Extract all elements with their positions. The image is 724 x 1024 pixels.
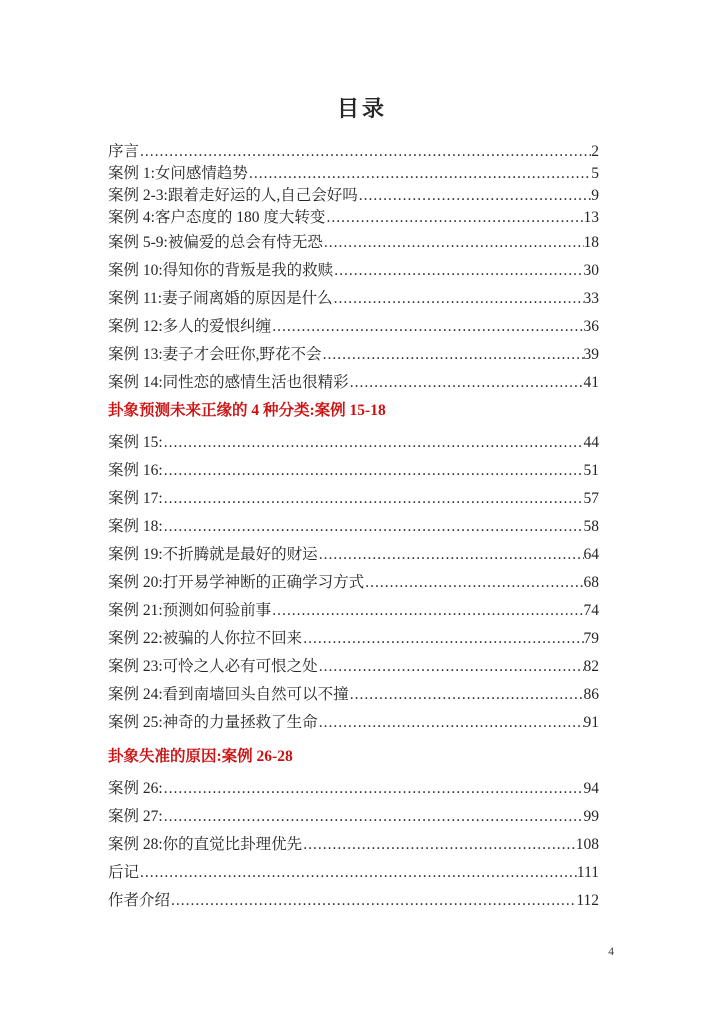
toc-entry-page: 39: [584, 341, 600, 369]
toc-entry[interactable]: 案例 17:57: [108, 485, 599, 513]
toc-entry[interactable]: 案例 21:预测如何验前事74: [108, 597, 599, 625]
toc-section-heading: 卦象失准的原因:案例 26-28: [108, 743, 599, 771]
toc-entry-page: 91: [584, 709, 600, 737]
dot-leader: [164, 457, 584, 485]
toc-entry-label: 案例 20:打开易学神断的正确学习方式: [108, 569, 365, 597]
dot-leader: [140, 859, 577, 887]
dot-leader: [350, 681, 584, 709]
toc-entry[interactable]: 案例 13:妻子才会旺你,野花不会39: [108, 341, 599, 369]
toc-entry[interactable]: 案例 10:得知你的背叛是我的救赎30: [108, 257, 599, 285]
dot-leader: [359, 185, 592, 207]
toc-entry-label: 案例 14:同性恋的感情生活也很精彩: [108, 369, 350, 397]
toc-entry-label: 案例 23:可怜之人必有可恨之处: [108, 653, 319, 681]
toc-entry-label: 案例 28:你的直觉比卦理优先: [108, 831, 303, 859]
dot-leader: [303, 625, 583, 653]
toc-entry[interactable]: 案例 19:不折腾就是最好的财运64: [108, 541, 599, 569]
toc-entry-label: 案例 24:看到南墙回头自然可以不撞: [108, 681, 350, 709]
toc-entry[interactable]: 案例 12:多人的爱恨纠缠36: [108, 313, 599, 341]
toc-entry-page: 44: [584, 429, 600, 457]
toc-entry-page: 74: [584, 597, 600, 625]
toc-entry-label: 案例 25:神奇的力量拯救了生命: [108, 709, 319, 737]
dot-leader: [323, 341, 584, 369]
toc-entry[interactable]: 案例 11:妻子闹离婚的原因是什么33: [108, 285, 599, 313]
toc-entry-page: 9: [591, 185, 599, 207]
dot-leader: [140, 141, 591, 163]
toc-entry[interactable]: 案例 4:客户态度的 180 度大转变13: [108, 207, 599, 229]
toc-entry[interactable]: 案例 27:99: [108, 803, 599, 831]
toc-entry-page: 51: [584, 457, 600, 485]
toc-entry-page: 94: [584, 775, 600, 803]
dot-leader: [365, 569, 583, 597]
toc-entry-page: 41: [584, 369, 600, 397]
toc-entry-page: 112: [576, 887, 599, 915]
toc-entry-page: 33: [584, 285, 600, 313]
toc-entry-label: 作者介绍: [108, 887, 171, 915]
toc-entry-page: 2: [591, 141, 599, 163]
dot-leader: [319, 541, 584, 569]
toc-entry-label: 案例 4:客户态度的 180 度大转变: [108, 207, 326, 229]
dot-leader: [164, 513, 584, 541]
toc-entry-page: 58: [584, 513, 600, 541]
dot-leader: [164, 429, 584, 457]
dot-leader: [334, 285, 584, 313]
toc-entry[interactable]: 案例 2-3:跟着走好运的人,自己会好吗9: [108, 185, 599, 207]
toc-entry[interactable]: 案例 22:被骗的人你拉不回来79: [108, 625, 599, 653]
toc-entry[interactable]: 案例 24:看到南墙回头自然可以不撞86: [108, 681, 599, 709]
dot-leader: [272, 313, 583, 341]
toc-entry-label: 案例 13:妻子才会旺你,野花不会: [108, 341, 323, 369]
toc-entry-page: 111: [577, 859, 599, 887]
toc-entry-page: 18: [584, 229, 600, 257]
toc-entry-page: 108: [576, 831, 599, 859]
toc-entry[interactable]: 案例 28:你的直觉比卦理优先108: [108, 831, 599, 859]
dot-leader: [324, 229, 584, 257]
toc-entry-label: 案例 18:: [108, 513, 164, 541]
toc-entry-label: 案例 5-9:被偏爱的总会有恃无恐: [108, 229, 324, 257]
toc-entry-label: 案例 2-3:跟着走好运的人,自己会好吗: [108, 185, 359, 207]
toc-entry-label: 案例 27:: [108, 803, 164, 831]
toc-entry-label: 案例 21:预测如何验前事: [108, 597, 272, 625]
dot-leader: [164, 775, 584, 803]
toc-entry[interactable]: 序言2: [108, 141, 599, 163]
toc-entry-label: 案例 11:妻子闹离婚的原因是什么: [108, 285, 334, 313]
toc-entry[interactable]: 后记111: [108, 859, 599, 887]
footer-page-number: 4: [608, 946, 614, 958]
toc-entry-label: 案例 22:被骗的人你拉不回来: [108, 625, 303, 653]
toc-entry-page: 30: [584, 257, 600, 285]
toc-entry[interactable]: 案例 14:同性恋的感情生活也很精彩41: [108, 369, 599, 397]
toc-entry[interactable]: 案例 23:可怜之人必有可恨之处82: [108, 653, 599, 681]
toc-entry-page: 36: [584, 313, 600, 341]
toc-entry-page: 57: [584, 485, 600, 513]
toc-entry-page: 82: [584, 653, 600, 681]
dot-leader: [303, 831, 576, 859]
toc-entry[interactable]: 案例 16:51: [108, 457, 599, 485]
toc-entry-label: 后记: [108, 859, 140, 887]
toc-entry-page: 64: [584, 541, 600, 569]
dot-leader: [350, 369, 584, 397]
toc-section-heading: 卦象预测未来正缘的 4 种分类:案例 15-18: [108, 397, 599, 425]
toc-entry-label: 案例 16:: [108, 457, 164, 485]
document-page: 目录 序言2案例 1:女问感情趋势5案例 2-3:跟着走好运的人,自己会好吗9案…: [0, 0, 724, 1024]
toc-entry-label: 案例 12:多人的爱恨纠缠: [108, 313, 272, 341]
table-of-contents: 序言2案例 1:女问感情趋势5案例 2-3:跟着走好运的人,自己会好吗9案例 4…: [108, 141, 599, 915]
dot-leader: [171, 887, 576, 915]
toc-entry-page: 13: [584, 207, 600, 229]
dot-leader: [249, 163, 591, 185]
toc-entry[interactable]: 案例 15:44: [108, 429, 599, 457]
toc-entry-label: 案例 17:: [108, 485, 164, 513]
toc-entry-page: 79: [584, 625, 600, 653]
toc-entry[interactable]: 作者介绍112: [108, 887, 599, 915]
toc-entry-label: 序言: [108, 141, 140, 163]
toc-entry-label: 案例 1:女问感情趋势: [108, 163, 249, 185]
toc-entry-label: 案例 26:: [108, 775, 164, 803]
toc-entry-label: 案例 10:得知你的背叛是我的救赎: [108, 257, 334, 285]
dot-leader: [326, 207, 583, 229]
dot-leader: [164, 485, 584, 513]
toc-entry[interactable]: 案例 18:58: [108, 513, 599, 541]
toc-entry[interactable]: 案例 5-9:被偏爱的总会有恃无恐18: [108, 229, 599, 257]
toc-entry-label: 案例 15:: [108, 429, 164, 457]
dot-leader: [272, 597, 583, 625]
toc-entry-page: 99: [584, 803, 600, 831]
toc-entry-page: 86: [584, 681, 600, 709]
toc-entry[interactable]: 案例 25:神奇的力量拯救了生命91: [108, 709, 599, 737]
toc-entry-page: 5: [591, 163, 599, 185]
toc-entry-label: 案例 19:不折腾就是最好的财运: [108, 541, 319, 569]
toc-entry[interactable]: 案例 1:女问感情趋势5: [108, 163, 599, 185]
toc-entry[interactable]: 案例 26:94: [108, 775, 599, 803]
toc-entry-page: 68: [584, 569, 600, 597]
dot-leader: [164, 803, 584, 831]
dot-leader: [319, 709, 584, 737]
dot-leader: [319, 653, 584, 681]
dot-leader: [334, 257, 583, 285]
toc-entry[interactable]: 案例 20:打开易学神断的正确学习方式68: [108, 569, 599, 597]
page-title: 目录: [0, 92, 724, 123]
